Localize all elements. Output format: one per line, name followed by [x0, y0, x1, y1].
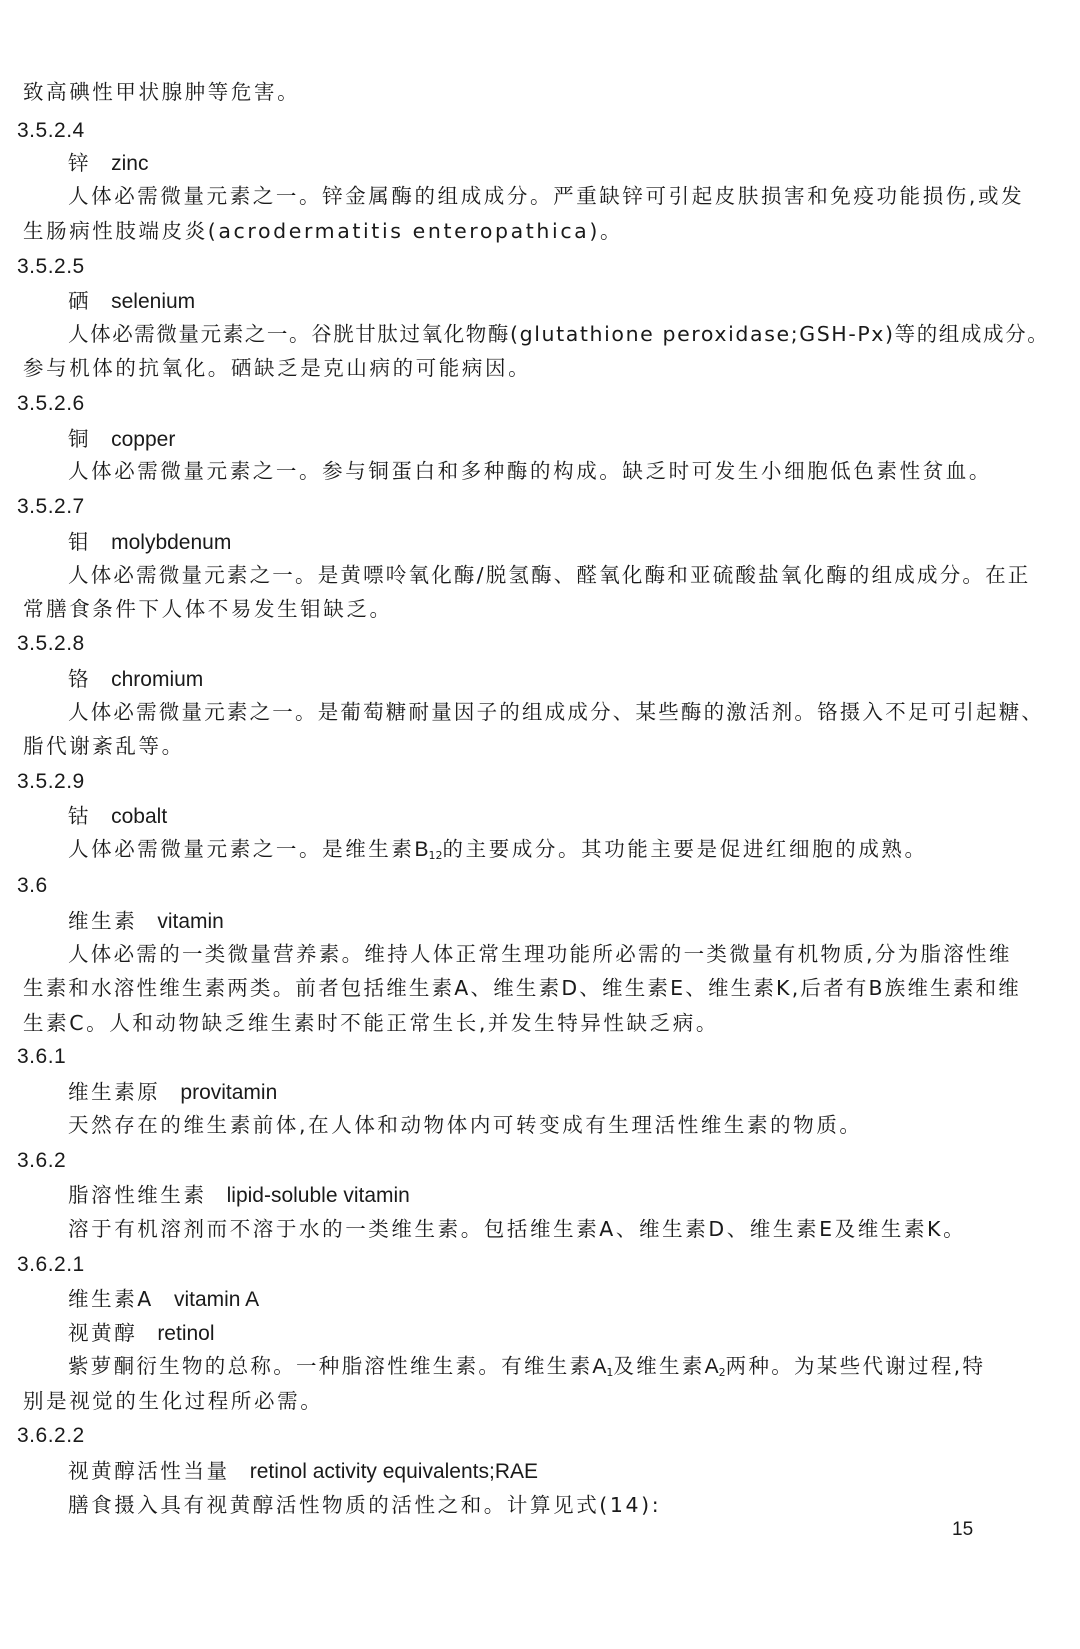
term-heading: 维生素原provitamin: [68, 1077, 277, 1108]
definition-paragraph: 人体必需微量元素之一。是维生素B12的主要成分。其功能主要是促进红细胞的成熟。: [68, 834, 928, 871]
definition-paragraph: 紫萝酮衍生物的总称。一种脂溶性维生素。有维生素A1及维生素A2两种。为某些代谢过…: [68, 1351, 985, 1388]
paragraph-continuation: 生素和水溶性维生素两类。前者包括维生素A、维生素D、维生素E、维生素K,后者有B…: [23, 973, 1021, 1003]
term-chinese: 维生素原: [68, 1080, 160, 1104]
term-english: zinc: [111, 152, 148, 175]
section-number: 3.5.2.4: [17, 116, 85, 146]
paragraph-continuation: 脂代谢紊乱等。: [23, 731, 185, 761]
term-english: retinol: [157, 1322, 214, 1345]
term-english: provitamin: [180, 1081, 277, 1104]
term-heading: 锌zinc: [68, 148, 148, 179]
text-segment: 人体必需微量元素之一。是维生素: [68, 837, 415, 861]
term-english: copper: [111, 428, 175, 451]
term-chinese: 视黄醇活性当量: [68, 1459, 230, 1483]
vitamin-letter: A: [592, 1355, 606, 1378]
section-number: 3.6.2.2: [17, 1421, 85, 1451]
paragraph-continuation: 致高碘性甲状腺肿等危害。: [23, 77, 300, 107]
paragraph-continuation: 常膳食条件下人体不易发生钼缺乏。: [23, 594, 393, 624]
section-number: 3.6: [17, 871, 48, 901]
definition-paragraph: 人体必需微量元素之一。是葡萄糖耐量因子的组成成分、某些酶的激活剂。铬摄入不足可引…: [68, 697, 1044, 727]
term-chinese: 铜: [68, 427, 91, 451]
definition-paragraph: 膳食摄入具有视黄醇活性物质的活性之和。计算见式(14):: [68, 1490, 661, 1520]
term-heading: 铜copper: [68, 424, 175, 455]
term-english: molybdenum: [111, 531, 231, 554]
term-english: cobalt: [111, 805, 167, 828]
term-chinese: 脂溶性维生素: [68, 1183, 207, 1207]
text-segment: 两种。为某些代谢过程,特: [726, 1354, 986, 1378]
text-segment: 紫萝酮衍生物的总称。一种脂溶性维生素。有维生素: [68, 1354, 592, 1378]
term-english: vitamin A: [174, 1288, 259, 1311]
section-number: 3.5.2.7: [17, 492, 85, 522]
paragraph-continuation: 别是视觉的生化过程所必需。: [23, 1386, 323, 1416]
definition-paragraph: 溶于有机溶剂而不溶于水的一类维生素。包括维生素A、维生素D、维生素E及维生素K。: [68, 1214, 966, 1244]
term-heading: 维生素Avitamin A: [68, 1284, 259, 1315]
term-heading: 钼molybdenum: [68, 527, 231, 558]
vitamin-letter: B: [415, 838, 429, 861]
subscript: 2: [719, 1366, 726, 1379]
term-heading: 铬chromium: [68, 664, 203, 695]
term-chinese: 视黄醇: [68, 1321, 137, 1345]
term-heading: 维生素vitamin: [68, 906, 224, 937]
page-number: 15: [952, 1519, 973, 1541]
definition-paragraph: 天然存在的维生素前体,在人体和动物体内可转变成有生理活性维生素的物质。: [68, 1110, 863, 1140]
paragraph-continuation: 参与机体的抗氧化。硒缺乏是克山病的可能病因。: [23, 353, 531, 383]
section-number: 3.5.2.5: [17, 252, 85, 282]
term-chinese: 硒: [68, 289, 91, 313]
definition-paragraph: 人体必需微量元素之一。谷胱甘肽过氧化物酶(glutathione peroxid…: [68, 319, 1049, 349]
vitamin-letter: A: [705, 1355, 719, 1378]
term-chinese: 锌: [68, 151, 91, 175]
definition-paragraph: 人体必需微量元素之一。锌金属酶的组成成分。严重缺锌可引起皮肤损害和免疫功能损伤,…: [68, 181, 1024, 211]
term-synonym: 视黄醇retinol: [68, 1318, 215, 1349]
term-english: retinol activity equivalents;RAE: [250, 1460, 538, 1483]
term-chinese: 维生素: [68, 909, 137, 933]
term-english: chromium: [111, 668, 203, 691]
paragraph-continuation: 生素C。人和动物缺乏维生素时不能正常生长,并发生特异性缺乏病。: [23, 1008, 719, 1038]
definition-paragraph: 人体必需微量元素之一。是黄嘌呤氧化酶/脱氢酶、醛氧化酶和亚硫酸盐氧化酶的组成成分…: [68, 560, 1031, 590]
term-english: lipid-soluble vitamin: [227, 1184, 410, 1207]
term-chinese: 铬: [68, 667, 91, 691]
term-english: vitamin: [157, 910, 224, 933]
text-segment: 及维生素: [613, 1354, 704, 1378]
section-number: 3.5.2.6: [17, 389, 85, 419]
term-heading: 硒selenium: [68, 286, 195, 317]
section-number: 3.6.2.1: [17, 1250, 85, 1280]
section-number: 3.6.1: [17, 1042, 66, 1072]
term-chinese: 钼: [68, 530, 91, 554]
term-heading: 钴cobalt: [68, 801, 167, 832]
term-english: selenium: [111, 290, 195, 313]
term-heading: 脂溶性维生素lipid-soluble vitamin: [68, 1180, 410, 1211]
subscript: 12: [429, 849, 443, 862]
term-chinese: 维生素A: [68, 1287, 154, 1311]
term-chinese: 钴: [68, 804, 91, 828]
definition-paragraph: 人体必需的一类微量营养素。维持人体正常生理功能所必需的一类微量有机物质,分为脂溶…: [68, 939, 1012, 969]
text-segment: 的主要成分。其功能主要是促进红细胞的成熟。: [443, 837, 928, 861]
section-number: 3.5.2.9: [17, 767, 85, 797]
term-heading: 视黄醇活性当量retinol activity equivalents;RAE: [68, 1456, 538, 1487]
definition-paragraph: 人体必需微量元素之一。参与铜蛋白和多种酶的构成。缺乏时可发生小细胞低色素性贫血。: [68, 456, 992, 486]
section-number: 3.5.2.8: [17, 629, 85, 659]
paragraph-continuation: 生肠病性肢端皮炎(acrodermatitis enteropathica)。: [23, 216, 623, 246]
section-number: 3.6.2: [17, 1146, 66, 1176]
